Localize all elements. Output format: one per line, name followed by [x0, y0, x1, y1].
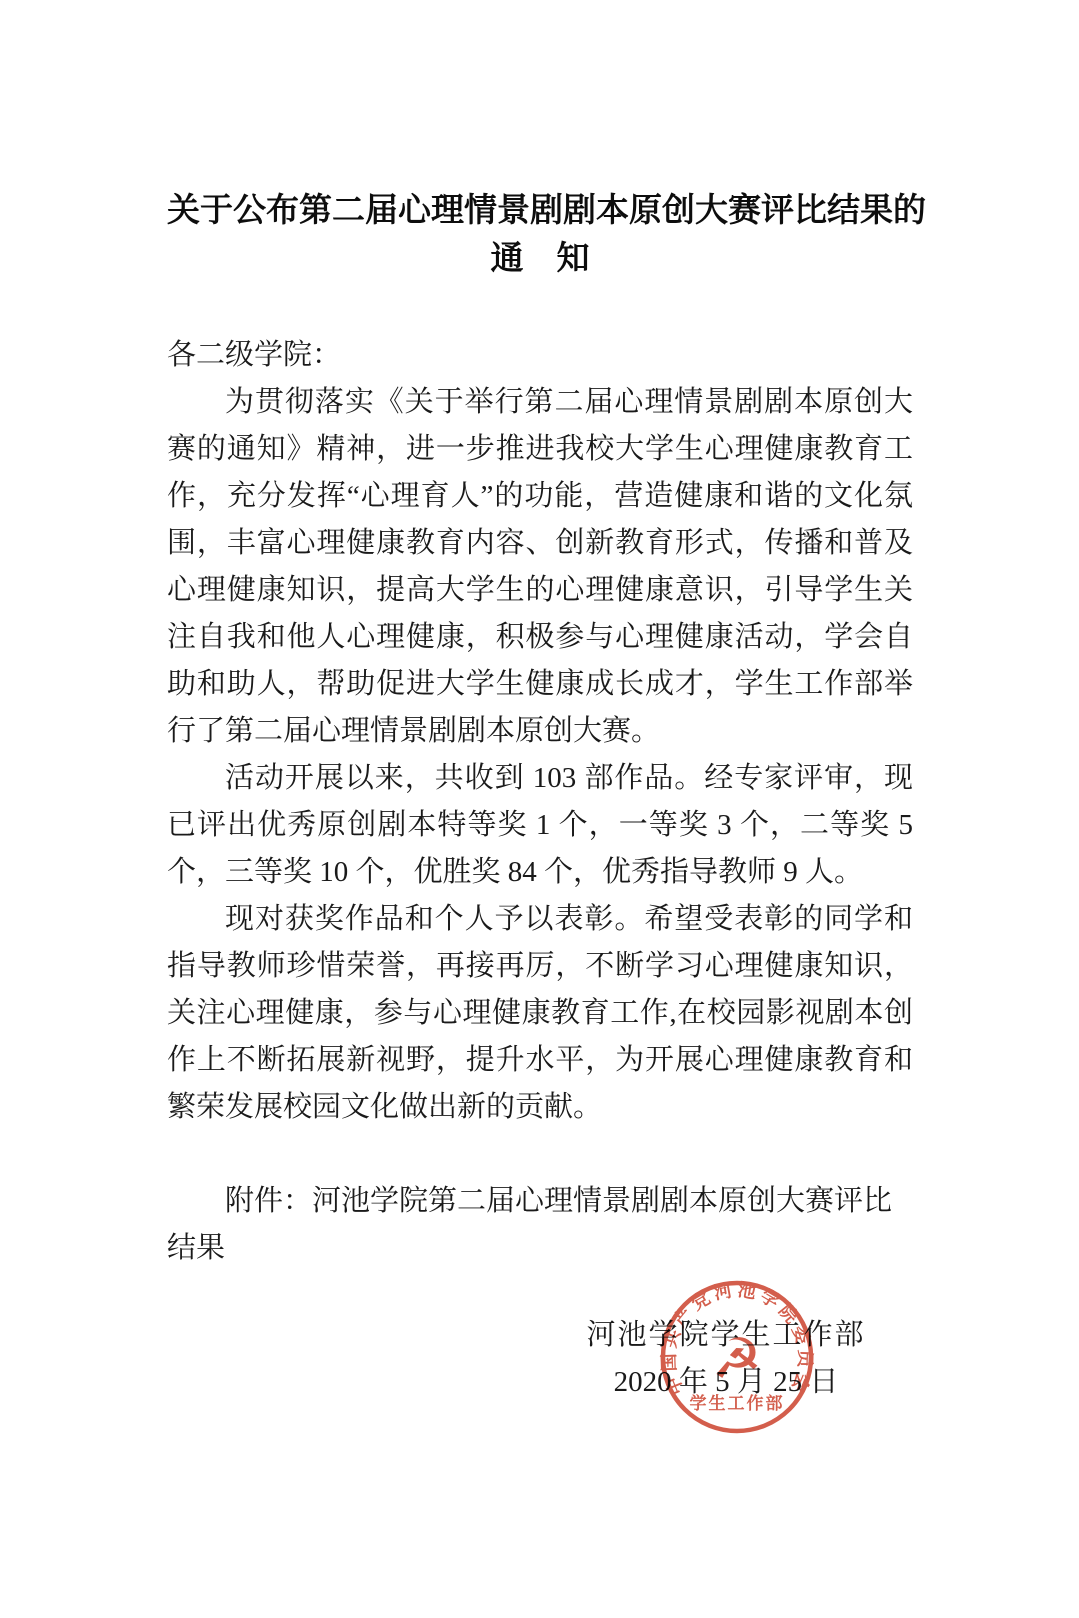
- body-paragraph-1: 为贯彻落实《关于举行第二届心理情景剧剧本原创大赛的通知》精神，进一步推进我校大学…: [167, 379, 913, 755]
- document-content: 关于公布第二届心理情景剧剧本原创大赛评比结果的 通 知 各二级学院： 为贯彻落实…: [167, 0, 913, 1272]
- official-seal: 中国共产党河池学院委员会 ☭ 学生工作部: [658, 1278, 816, 1436]
- salutation: 各二级学院：: [167, 332, 913, 379]
- hammer-sickle-icon: ☭: [712, 1327, 762, 1392]
- body-paragraph-3: 现对获奖作品和个人予以表彰。希望受表彰的同学和指导教师珍惜荣誉，再接再厉，不断学…: [167, 896, 913, 1131]
- document-title-line2: 通 知: [167, 234, 913, 282]
- seal-bottom-text: 学生工作部: [690, 1393, 785, 1413]
- attachment-line: 附件：河池学院第二届心理情景剧剧本原创大赛评比结果: [167, 1178, 913, 1272]
- document-title: 关于公布第二届心理情景剧剧本原创大赛评比结果的 通 知: [167, 186, 913, 282]
- body-paragraph-2: 活动开展以来，共收到 103 部作品。经专家评审，现已评出优秀原创剧本特等奖 1…: [167, 755, 913, 896]
- document-title-line1: 关于公布第二届心理情景剧剧本原创大赛评比结果的: [167, 186, 913, 234]
- document-page: 关于公布第二届心理情景剧剧本原创大赛评比结果的 通 知 各二级学院： 为贯彻落实…: [0, 0, 1079, 1618]
